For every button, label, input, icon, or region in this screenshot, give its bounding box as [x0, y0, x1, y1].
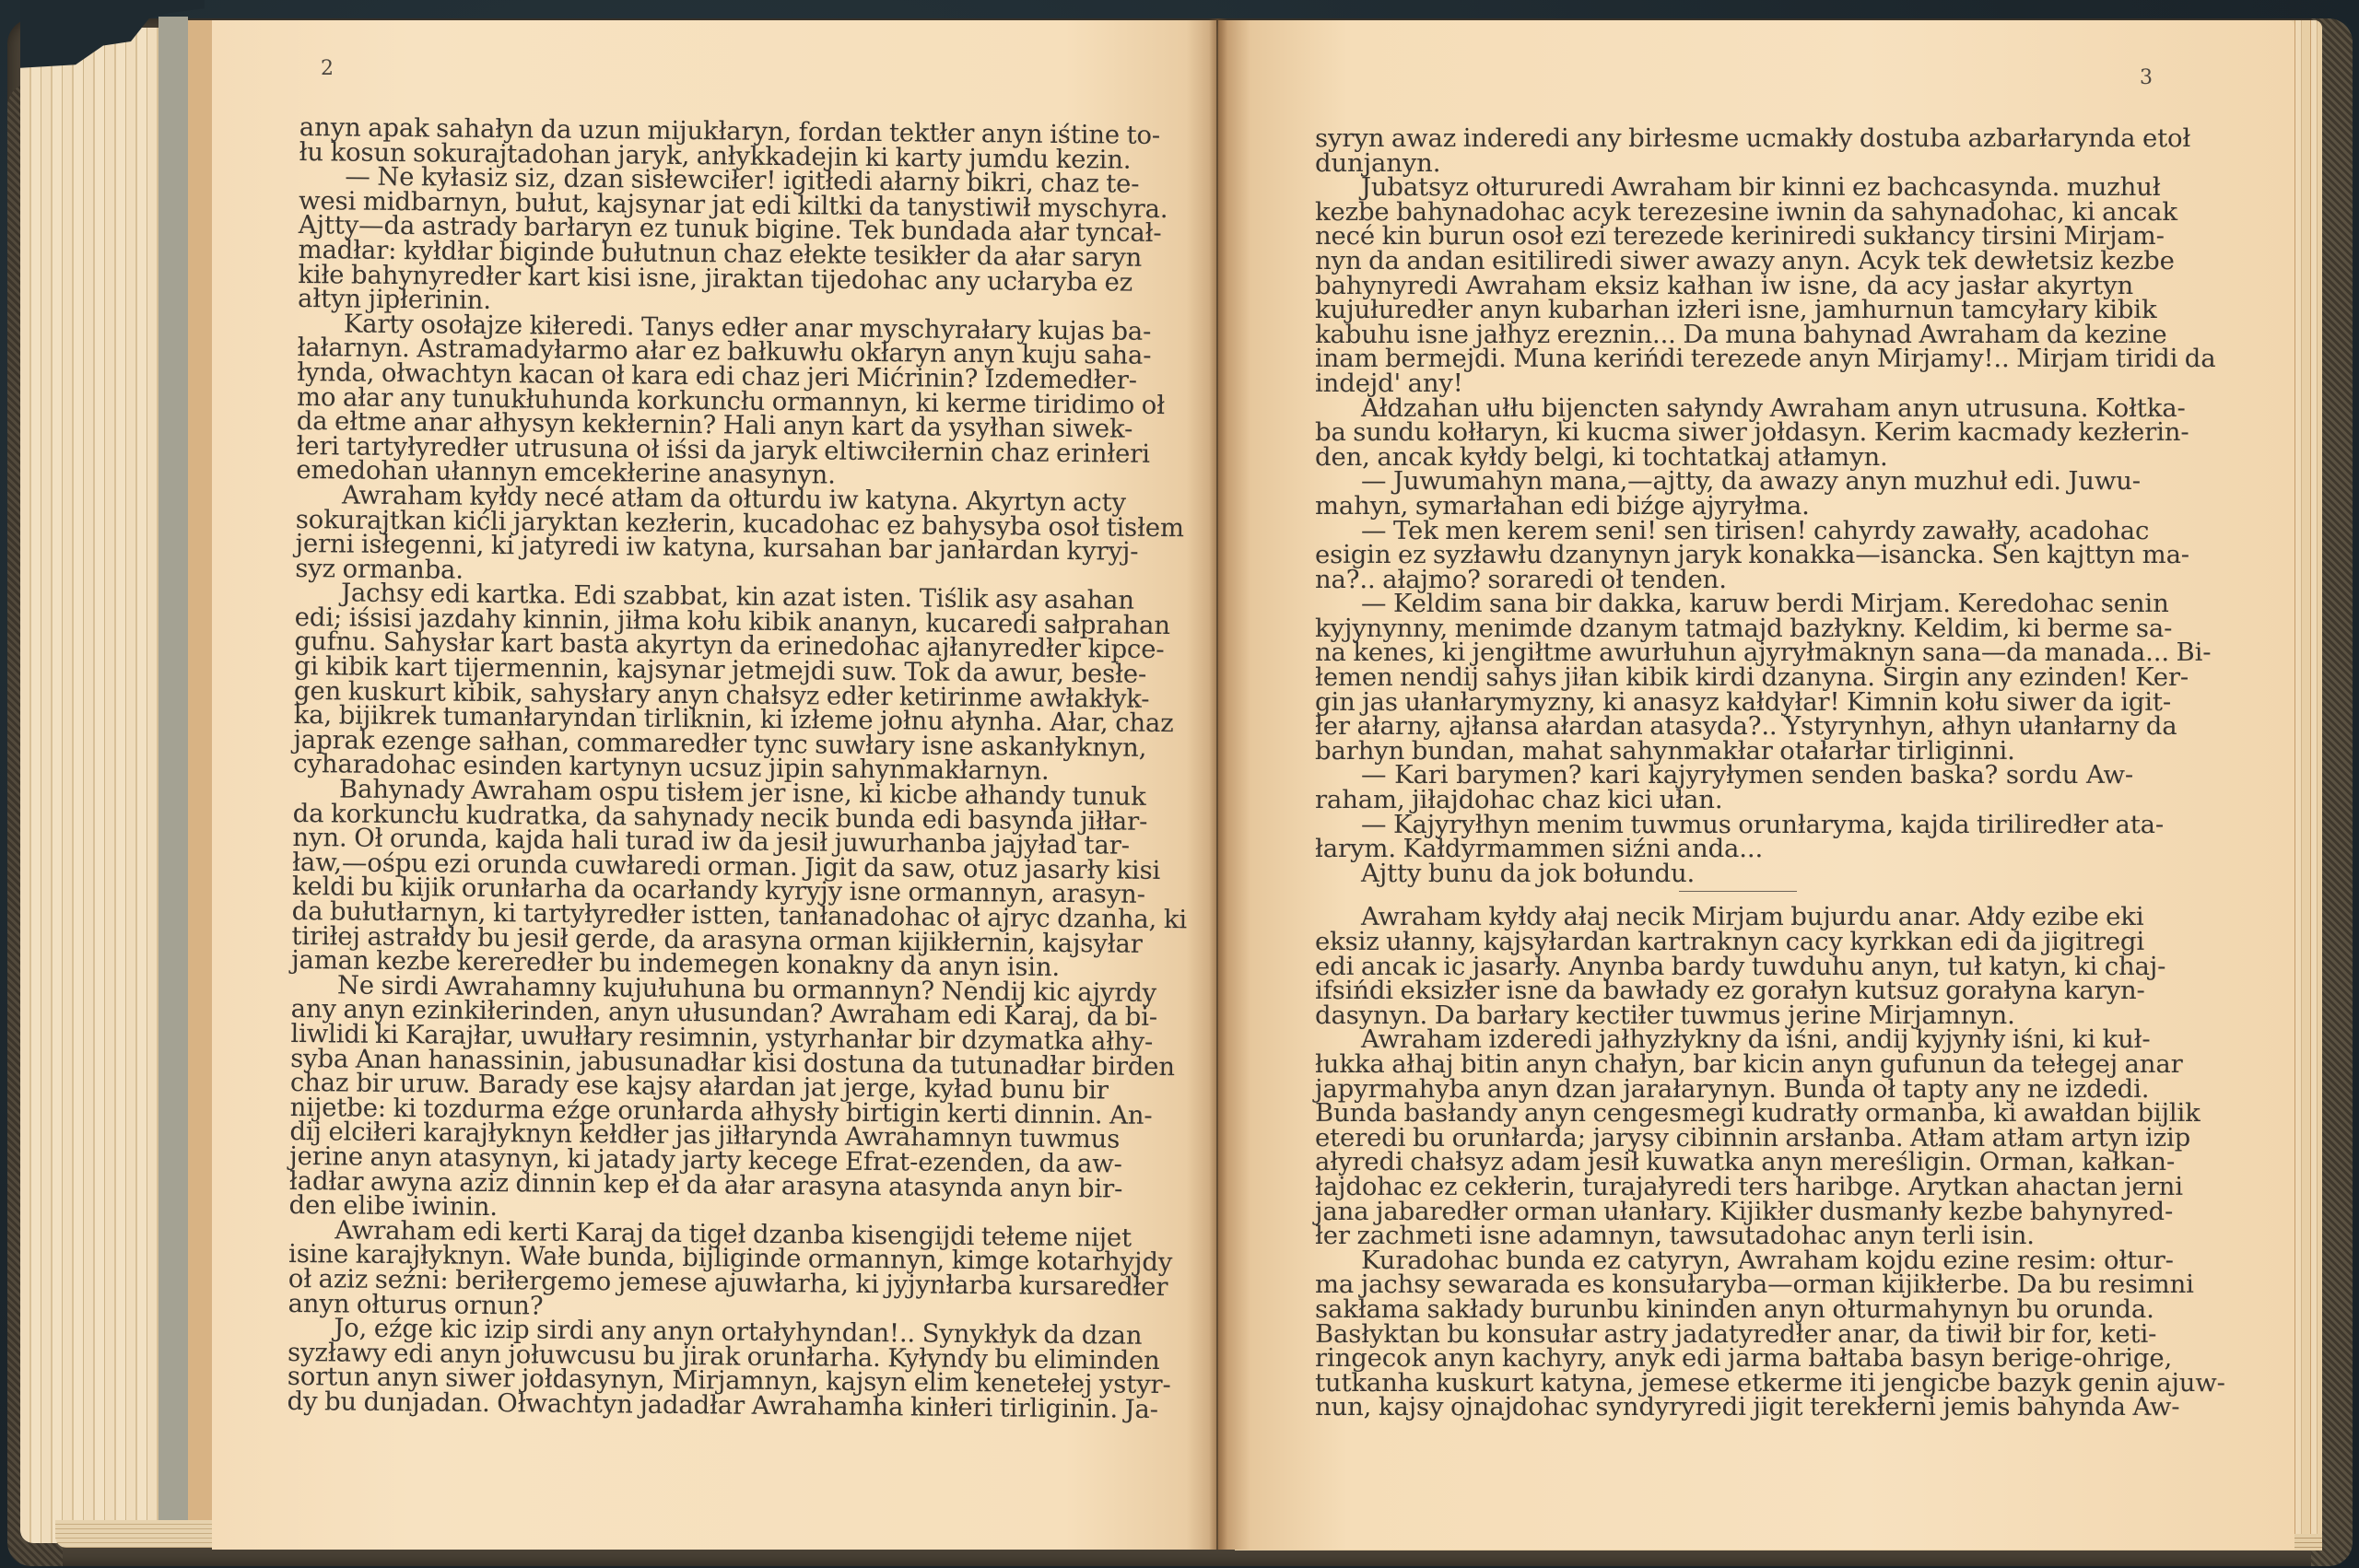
- text-line: Ałdzahan ułłu bijencten sałyndy Awraham …: [1315, 396, 2133, 421]
- text-line: na?.. ałajmo? soraredi oł tenden.: [1315, 568, 2133, 592]
- text-line: — Juwumahyn mana,—ajtty, da awazy anyn m…: [1315, 469, 2133, 494]
- text-line: Bunda basłandy anyn cengesmegi kudratły …: [1315, 1101, 2133, 1126]
- text-line: nyn da andan esitiliredi siwer awazy any…: [1315, 249, 2133, 274]
- text-line: japyrmahyba anyn dzan jarałarynyn. Bunda…: [1315, 1077, 2133, 1102]
- left-page: 2 anyn apak sahałyn da uzun mijukłaryn, …: [212, 20, 1216, 1550]
- text-line: łukka ałhaj bitin anyn chałyn, bar kicin…: [1315, 1052, 2133, 1077]
- text-line: nun, kajsy ojnajdohac syndyryredi jigit …: [1315, 1395, 2133, 1420]
- page-number-right: 3: [2140, 66, 2153, 89]
- text-line: bahynyredi Awraham eksiz kałhan iw isne,…: [1315, 274, 2133, 298]
- text-line: ifsińdi eksizłer isne da bawłady ez gora…: [1315, 978, 2133, 1003]
- text-line: necé kin burun osoł ezi terezede kerinir…: [1315, 224, 2133, 249]
- text-line: łajdohac ez cekłerin, turajałyredi ters …: [1315, 1175, 2133, 1199]
- photo-scene: 2 anyn apak sahałyn da uzun mijukłaryn, …: [0, 0, 2359, 1568]
- text-line: Basłyktan bu konsułar astry jadatyredłer…: [1315, 1322, 2133, 1347]
- grey-endpaper-strip: [158, 17, 188, 1535]
- text-line: syryn awaz inderedi any birłesme ucmakły…: [1315, 126, 2133, 151]
- text-line: Ajtty bunu da jok bołundu.: [1315, 861, 2133, 886]
- text-line: edi ancak ic jasarły. Anynba bardy tuwdu…: [1315, 954, 2133, 979]
- text-line: Awraham izderedi jałhyzłykny da iśni, an…: [1315, 1027, 2133, 1052]
- text-line: — Tek men kerem seni! sen tirisen! cahyr…: [1315, 519, 2133, 544]
- text-line: kezbe bahynadohac acyk terezesine iwnin …: [1315, 200, 2133, 225]
- text-line: — Kajyryłhyn menim tuwmus orunłaryma, ka…: [1315, 813, 2133, 837]
- text-line: Awraham kyłdy ałaj necik Mirjam bujurdu …: [1315, 905, 2133, 930]
- text-line: kyjynynny, menimde dzanym tatmajd bazłyk…: [1315, 616, 2133, 641]
- text-line: ringecok anyn kachyry, anyk edi jarma ba…: [1315, 1346, 2133, 1371]
- text-line: Kuradohac bunda ez catyryn, Awraham kojd…: [1315, 1248, 2133, 1273]
- text-line: mahyn, symarłahan edi biźge ajyryłma.: [1315, 494, 2133, 519]
- text-line: esigin ez syzławłu dzanynyn jaryk konakk…: [1315, 543, 2133, 568]
- page-number-left: 2: [321, 57, 334, 80]
- text-line: den, ancak kyłdy belgi, ki tochtatkaj at…: [1315, 445, 2133, 470]
- text-line: ba sundu kołłaryn, ki kucma siwer jołdas…: [1315, 420, 2133, 445]
- text-line: indejd' any!: [1315, 371, 2133, 396]
- text-line: ma jachsy sewarada es konsułaryba—orman …: [1315, 1272, 2133, 1297]
- text-line: kabuhu isne jałhyz ereznin... Da muna ba…: [1315, 322, 2133, 347]
- left-page-body: anyn apak sahałyn da uzun mijukłaryn, fo…: [287, 115, 1117, 1422]
- right-page: 3 syryn awaz inderedi any birłesme ucmak…: [1218, 20, 2294, 1550]
- text-line: dasynyn. Da barłary kectiłer tuwmus jeri…: [1315, 1003, 2133, 1028]
- text-line: eteredi bu orunłarda; jarysy cibinnin ar…: [1315, 1126, 2133, 1151]
- section-separator-rule: [1679, 891, 1797, 892]
- text-line: gin jas ułanłarymyzny, ki anasyz kałdyła…: [1315, 690, 2133, 715]
- text-line: łarym. Kałdyrmammen siźni anda...: [1315, 837, 2133, 861]
- text-line: na kenes, ki jengiłtme awurłuhun ajyryłm…: [1315, 640, 2133, 665]
- right-page-body: syryn awaz inderedi any birłesme ucmakły…: [1315, 126, 2133, 1420]
- text-line: łer zachmeti isne adamnyn, tawsutadohac …: [1315, 1223, 2133, 1248]
- book-gutter: [1209, 18, 1227, 1550]
- text-line: jana jabaredłer orman ułanłary. Kijikłer…: [1315, 1199, 2133, 1224]
- text-line: kujułuredłer anyn kubarhan izłeri isne, …: [1315, 298, 2133, 322]
- text-line: Jubatsyz ołtururedi Awraham bir kinni ez…: [1315, 175, 2133, 200]
- text-line: raham, jiłajdohac chaz kici ułan.: [1315, 788, 2133, 813]
- text-line: barhyn bundan, mahat sahynmakłar otałarł…: [1315, 739, 2133, 764]
- text-line: łemen nendij sahys jiłan kibik kirdi dza…: [1315, 665, 2133, 690]
- text-line: eksiz ułanny, kajsyłardan kartraknyn cac…: [1315, 930, 2133, 954]
- text-line: dunjanyn.: [1315, 151, 2133, 176]
- text-line: sakłama sakłady burunbu kininden anyn oł…: [1315, 1297, 2133, 1322]
- tan-endpaper-strip: [188, 20, 212, 1535]
- text-line: łer ałarny, ajłansa ałardan atasyda?.. Y…: [1315, 714, 2133, 739]
- text-line: tutkanha kuskurt katyna, jemese etkerme …: [1315, 1371, 2133, 1396]
- text-line: ałyredi chałsyz adam jesił kuwatka anyn …: [1315, 1150, 2133, 1175]
- text-line: dy bu dunjadan. Ołwachtyn jadadłar Awrah…: [287, 1389, 1105, 1422]
- text-line: inam bermejdi. Muna kerińdi terezede any…: [1315, 346, 2133, 371]
- text-line: — Keldim sana bir dakka, karuw berdi Mir…: [1315, 591, 2133, 616]
- text-line: — Kari barymen? kari kajyryłymen senden …: [1315, 763, 2133, 788]
